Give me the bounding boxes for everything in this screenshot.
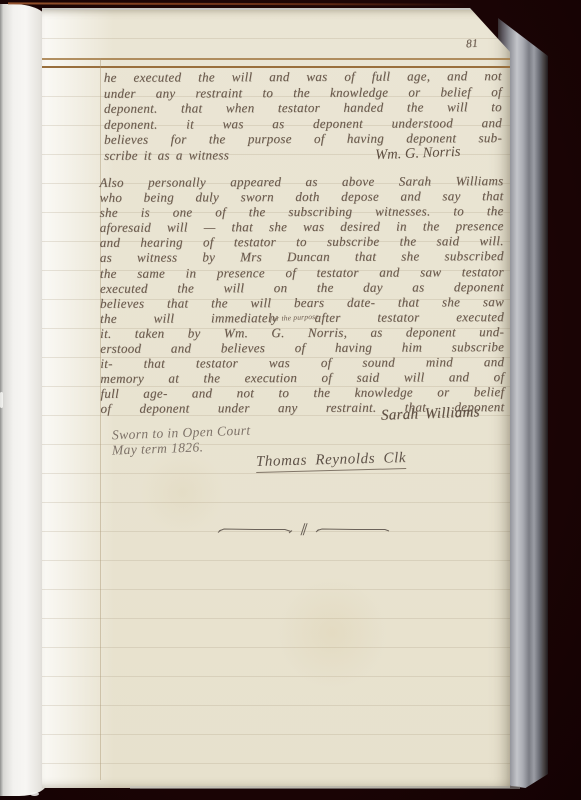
manuscript-line: deponent. that when testator handed the … <box>104 99 502 116</box>
header-rule-top <box>42 58 510 60</box>
manuscript-line: erstood and believes of having him subsc… <box>100 339 504 356</box>
witness-signature-norris: Wm. G. Norris <box>374 144 460 163</box>
section-divider-flourish: ∥ <box>217 520 412 538</box>
margin-rule <box>100 58 101 780</box>
clerk-signature: Thomas Reynolds Clk <box>256 450 407 473</box>
manuscript-line: he executed the will and was of full age… <box>104 68 502 85</box>
manuscript-line: believes that the will bears date- that … <box>100 294 504 311</box>
deposition-norris: he executed the will and was of full age… <box>104 68 502 163</box>
ledger-page: 81 he executed the will and was of full … <box>42 8 510 788</box>
manuscript-line: the same in presence of testator and saw… <box>100 264 504 281</box>
photo-glint-bottom <box>30 792 39 796</box>
manuscript-line-text: scribe it as a witness <box>104 147 229 163</box>
manuscript-line: Also personally appeared as above Sarah … <box>99 173 503 190</box>
manuscript-line: executed the will on the day as deponent <box>100 279 504 296</box>
court-term-line: May term 1826. <box>112 439 204 458</box>
page-number: 81 <box>466 38 479 51</box>
page-bottom-edge <box>130 786 520 789</box>
manuscript-line: full age- and not to the knowledge or be… <box>100 384 504 401</box>
manuscript-line: memory at the execution of said will and… <box>100 369 504 386</box>
cover-edge-highlight <box>8 2 468 5</box>
divider-stroke-right-icon <box>315 523 391 535</box>
manuscript-line: and hearing of testator to subscribe the… <box>100 233 504 250</box>
manuscript-line: who being duly sworn doth depose and say… <box>100 188 504 205</box>
divider-mark: ∥ <box>299 523 309 536</box>
manuscript-line: as witness by Mrs Duncan that she subscr… <box>100 249 504 266</box>
manuscript-line: it- that testator was of sound mind and <box>100 354 504 371</box>
manuscript-line: deponent. it was as deponent understood … <box>104 115 502 132</box>
divider-stroke-left-icon <box>217 523 293 535</box>
deposition-williams: Also personally appeared as above Sarah … <box>99 173 504 416</box>
manuscript-line: she is one of the subscribing witnesses.… <box>100 203 504 220</box>
manuscript-line: aforesaid will — that she was desired in… <box>100 218 504 235</box>
book-spine <box>0 4 47 796</box>
manuscript-line: under any restraint to the knowledge or … <box>104 84 502 101</box>
manuscript-line: it. taken by Wm. G. Norris, as deponent … <box>100 324 504 341</box>
header-rule-bottom <box>42 66 510 68</box>
witness-signature-williams: Sarah Williams <box>381 404 480 424</box>
photo-glint-left <box>0 392 3 408</box>
manuscript-line: scribe it as a witness Wm. G. Norris <box>104 146 502 163</box>
book-photo-scene: 81 he executed the will and was of full … <box>0 0 581 800</box>
deposition-norris-lines: he executed the will and was of full age… <box>104 68 502 147</box>
